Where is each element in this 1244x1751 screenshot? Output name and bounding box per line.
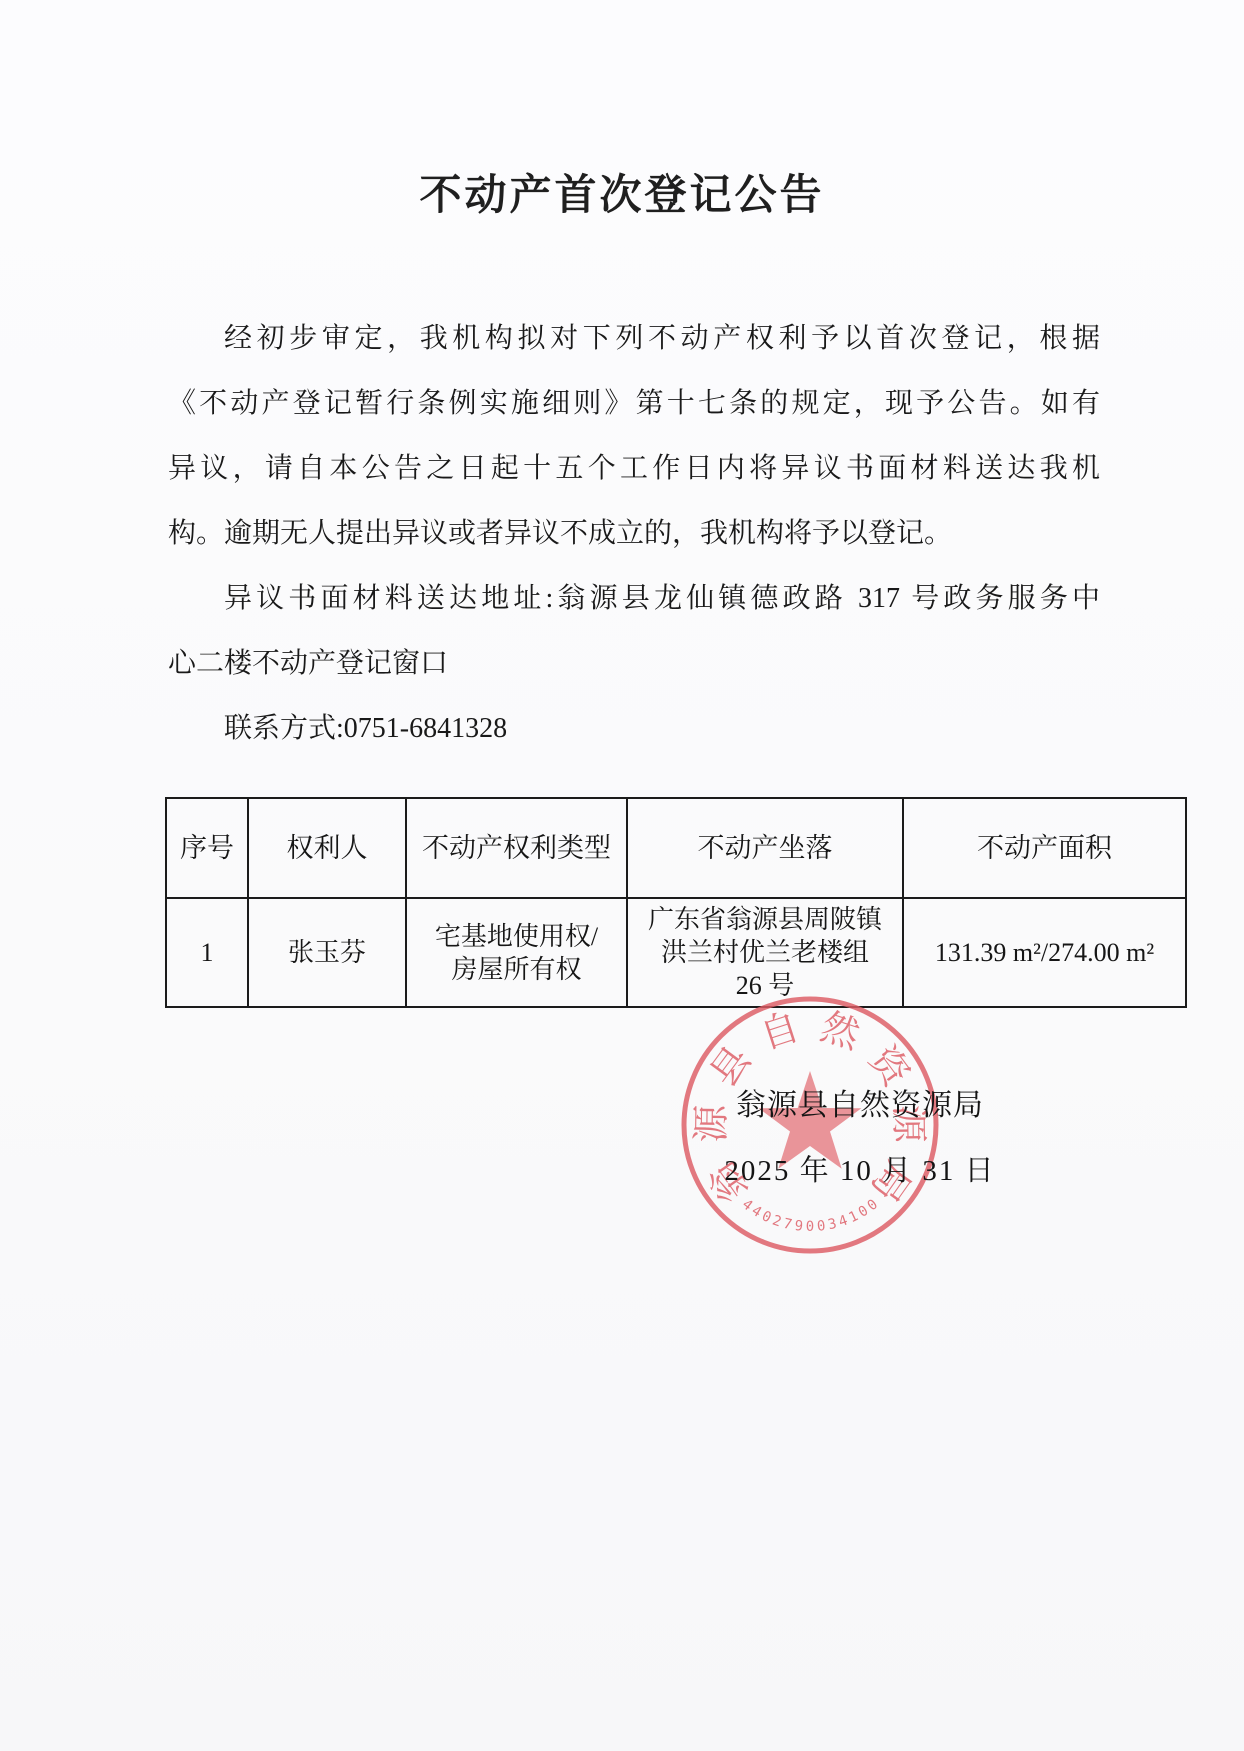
header-right-type: 不动产权利类型 <box>406 798 627 898</box>
body-line: 构。逾期无人提出异议或者异议不成立的，我机构将予以登记。 <box>168 501 1100 566</box>
location-line: 洪兰村优兰老楼组 <box>636 936 894 969</box>
announcement-body: 经初步审定，我机构拟对下列不动产权利予以首次登记，根据 《不动产登记暂行条例实施… <box>168 306 1100 761</box>
body-line: 《不动产登记暂行条例实施细则》第十七条的规定，现予公告。如有 <box>168 371 1100 436</box>
body-line: 异议，请自本公告之日起十五个工作日内将异议书面材料送达我机 <box>168 436 1100 501</box>
header-owner: 权利人 <box>248 798 406 898</box>
table-header-row: 序号 权利人 不动产权利类型 不动产坐落 不动产面积 <box>166 798 1186 898</box>
document-page: 不动产首次登记公告 经初步审定，我机构拟对下列不动产权利予以首次登记，根据 《不… <box>0 0 1244 1751</box>
svg-text:自: 自 <box>755 1006 804 1058</box>
header-location: 不动产坐落 <box>627 798 903 898</box>
contact-line: 联系方式:0751-6841328 <box>168 696 1100 761</box>
issue-date: 2025 年 10 月 31 日 <box>660 1148 1060 1189</box>
svg-text:9: 9 <box>794 1218 804 1235</box>
svg-text:7: 7 <box>782 1216 794 1233</box>
svg-text:0: 0 <box>806 1219 814 1235</box>
body-line: 经初步审定，我机构拟对下列不动产权利予以首次登记，根据 <box>168 306 1100 371</box>
location-line: 广东省翁源县周陂镇 <box>636 903 894 936</box>
issuing-authority: 翁源县自然资源局 <box>660 1080 1060 1124</box>
header-seq: 序号 <box>166 798 248 898</box>
body-line: 异议书面材料送达地址:翁源县龙仙镇德政路 317 号政务服务中 <box>168 566 1100 631</box>
right-type-line: 宅基地使用权/ <box>415 920 618 953</box>
cell-right-type: 宅基地使用权/ 房屋所有权 <box>406 898 627 1007</box>
cell-owner: 张玉芬 <box>248 898 406 1007</box>
body-line: 心二楼不动产登记窗口 <box>168 631 1100 696</box>
cell-seq: 1 <box>166 898 248 1007</box>
svg-text:2: 2 <box>770 1213 783 1231</box>
document-title: 不动产首次登记公告 <box>0 162 1244 222</box>
svg-text:0: 0 <box>816 1218 826 1235</box>
right-type-line: 房屋所有权 <box>415 953 618 986</box>
svg-text:然: 然 <box>816 1006 866 1058</box>
svg-text:3: 3 <box>826 1216 838 1233</box>
seal-number: 4402790034100 <box>739 1196 881 1235</box>
header-area: 不动产面积 <box>903 798 1186 898</box>
